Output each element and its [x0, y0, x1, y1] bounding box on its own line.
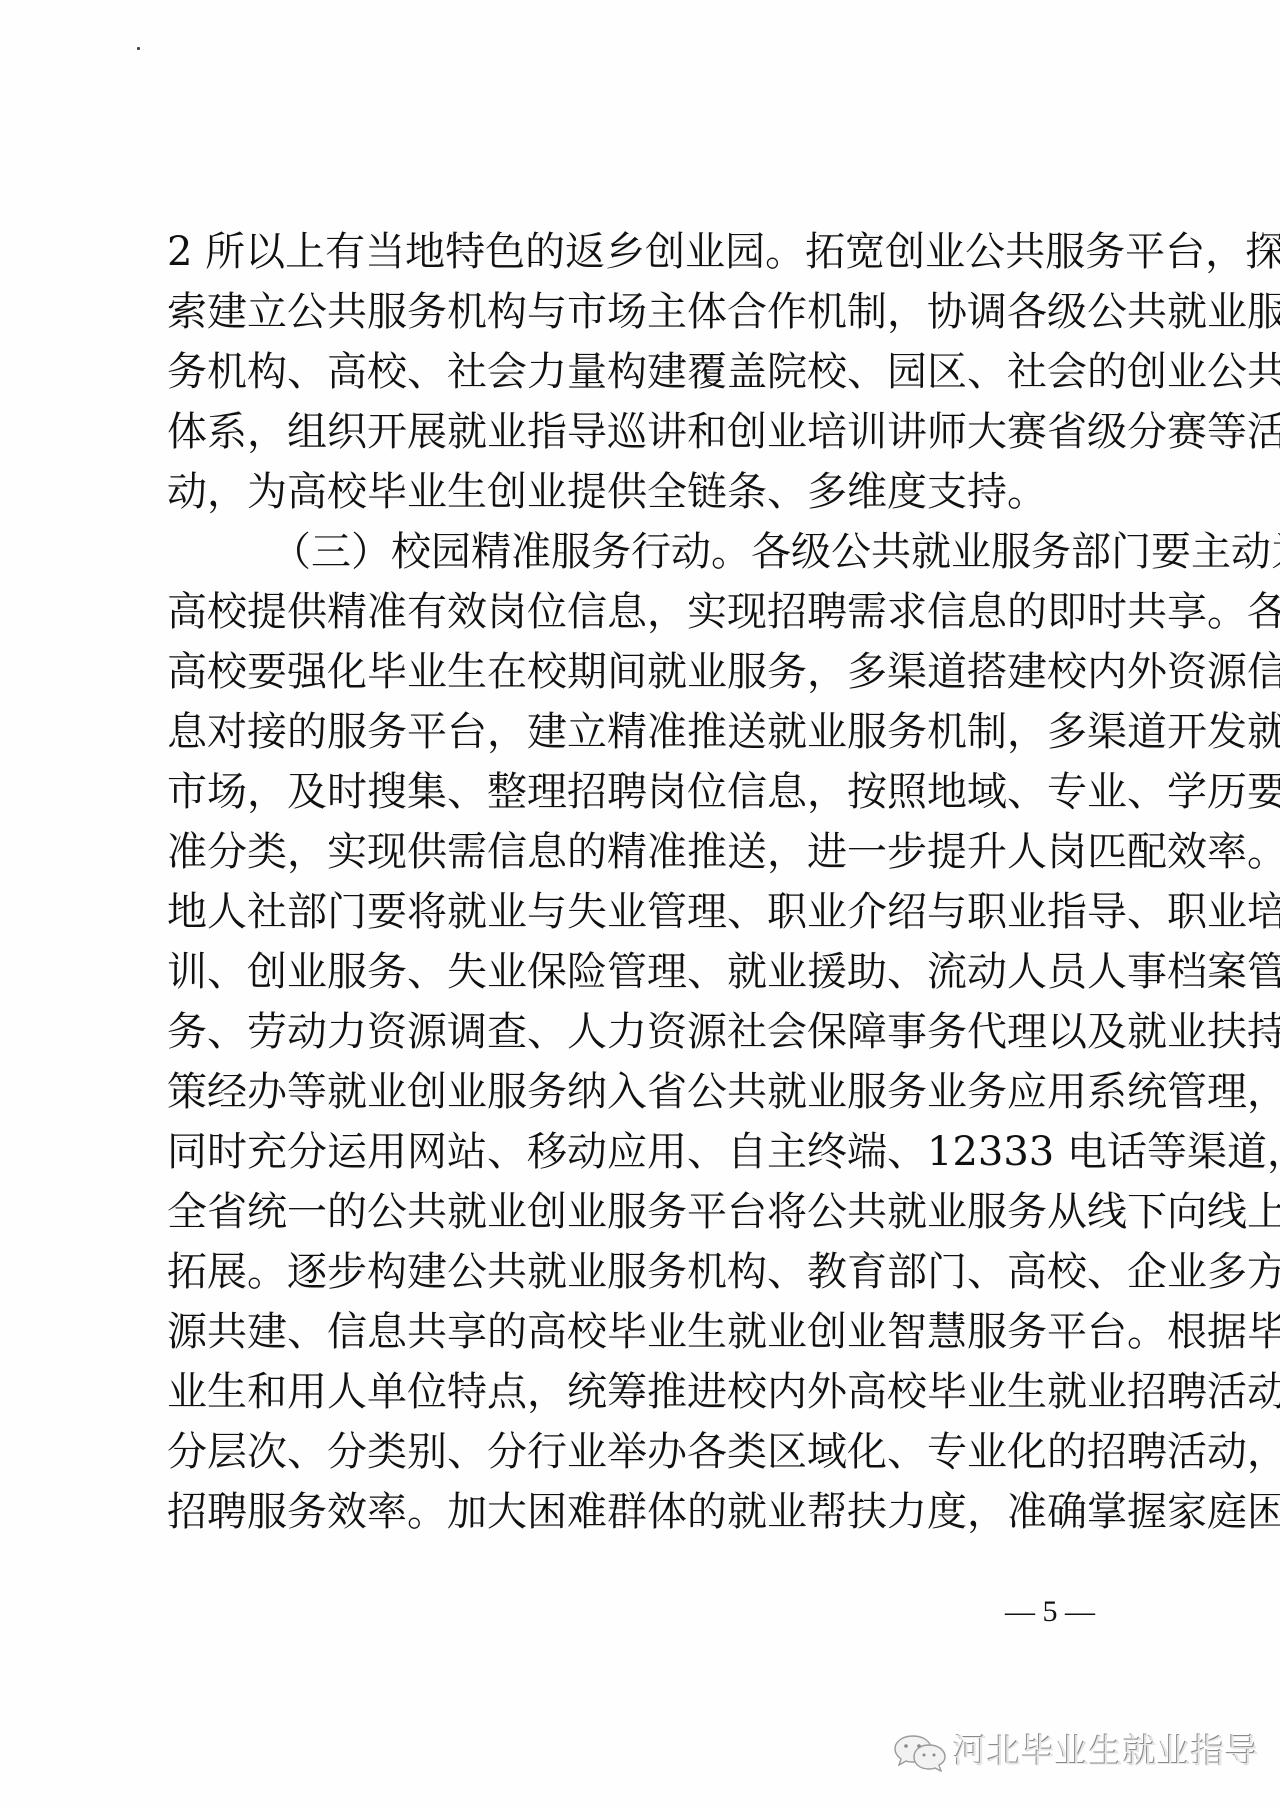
text-line: 训、创业服务、失业保险管理、就业援助、流动人员人事档案管理服 — [167, 942, 1102, 1002]
paragraph-1: 2 所以上有当地特色的返乡创业园。拓宽创业公共服务平台，探 索建立公共服务机构与… — [167, 222, 1102, 522]
text-line: 策经办等就业创业服务纳入省公共就业服务业务应用系统管理， — [167, 1062, 1102, 1122]
page-number: — 5 — — [1000, 1592, 1100, 1632]
wechat-icon — [893, 1732, 947, 1772]
text-line: 动，为高校毕业生创业提供全链条、多维度支持。 — [167, 462, 1102, 522]
text-line: 地人社部门要将就业与失业管理、职业介绍与职业指导、职业培 — [167, 882, 1102, 942]
text-line: 高校提供精准有效岗位信息，实现招聘需求信息的即时共享。各 — [167, 582, 1102, 642]
text-line: 拓展。逐步构建公共就业服务机构、教育部门、高校、企业多方资 — [167, 1242, 1102, 1302]
document-body: 2 所以上有当地特色的返乡创业园。拓宽创业公共服务平台，探 索建立公共服务机构与… — [167, 222, 1102, 1602]
text-line: 索建立公共服务机构与市场主体合作机制，协调各级公共就业服 — [167, 282, 1102, 342]
scanned-document-page: 2 所以上有当地特色的返乡创业园。拓宽创业公共服务平台，探 索建立公共服务机构与… — [0, 0, 1280, 1808]
text-line: 源共建、信息共享的高校毕业生就业创业智慧服务平台。根据毕 — [167, 1302, 1102, 1362]
text-line: 全省统一的公共就业创业服务平台将公共就业服务从线下向线上 — [167, 1182, 1102, 1242]
text-line: 息对接的服务平台，建立精准推送就业服务机制，多渠道开发就业 — [167, 702, 1102, 762]
text-line: 高校要强化毕业生在校期间就业服务，多渠道搭建校内外资源信 — [167, 642, 1102, 702]
text-line: 准分类，实现供需信息的精准推送，进一步提升人岗匹配效率。各 — [167, 822, 1102, 882]
watermark: 河北毕业生就业指导 — [893, 1730, 1259, 1774]
text-line: 务机构、高校、社会力量构建覆盖院校、园区、社会的创业公共服务 — [167, 342, 1102, 402]
scan-speck — [137, 47, 140, 50]
text-line: 招聘服务效率。加大困难群体的就业帮扶力度，准确掌握家庭困 — [167, 1482, 1102, 1542]
text-line — [167, 1542, 1102, 1602]
text-line: 务、劳动力资源调查、人力资源社会保障事务代理以及就业扶持政 — [167, 1002, 1102, 1062]
text-line: 市场，及时搜集、整理招聘岗位信息，按照地域、专业、学历要求精 — [167, 762, 1102, 822]
watermark-text: 河北毕业生就业指导 — [953, 1730, 1259, 1774]
text-line: 分层次、分类别、分行业举办各类区域化、专业化的招聘活动，提高 — [167, 1422, 1102, 1482]
paragraph-2: （三）校园精准服务行动。各级公共就业服务部门要主动为 高校提供精准有效岗位信息，… — [167, 522, 1102, 1602]
text-line: 同时充分运用网站、移动应用、自主终端、12333 电话等渠道，通过 — [167, 1122, 1102, 1182]
section-heading-line: （三）校园精准服务行动。各级公共就业服务部门要主动为 — [167, 522, 1102, 582]
text-line: 2 所以上有当地特色的返乡创业园。拓宽创业公共服务平台，探 — [167, 222, 1102, 282]
text-line: 体系，组织开展就业指导巡讲和创业培训讲师大赛省级分赛等活 — [167, 402, 1102, 462]
text-line: 业生和用人单位特点，统筹推进校内外高校毕业生就业招聘活动， — [167, 1362, 1102, 1422]
